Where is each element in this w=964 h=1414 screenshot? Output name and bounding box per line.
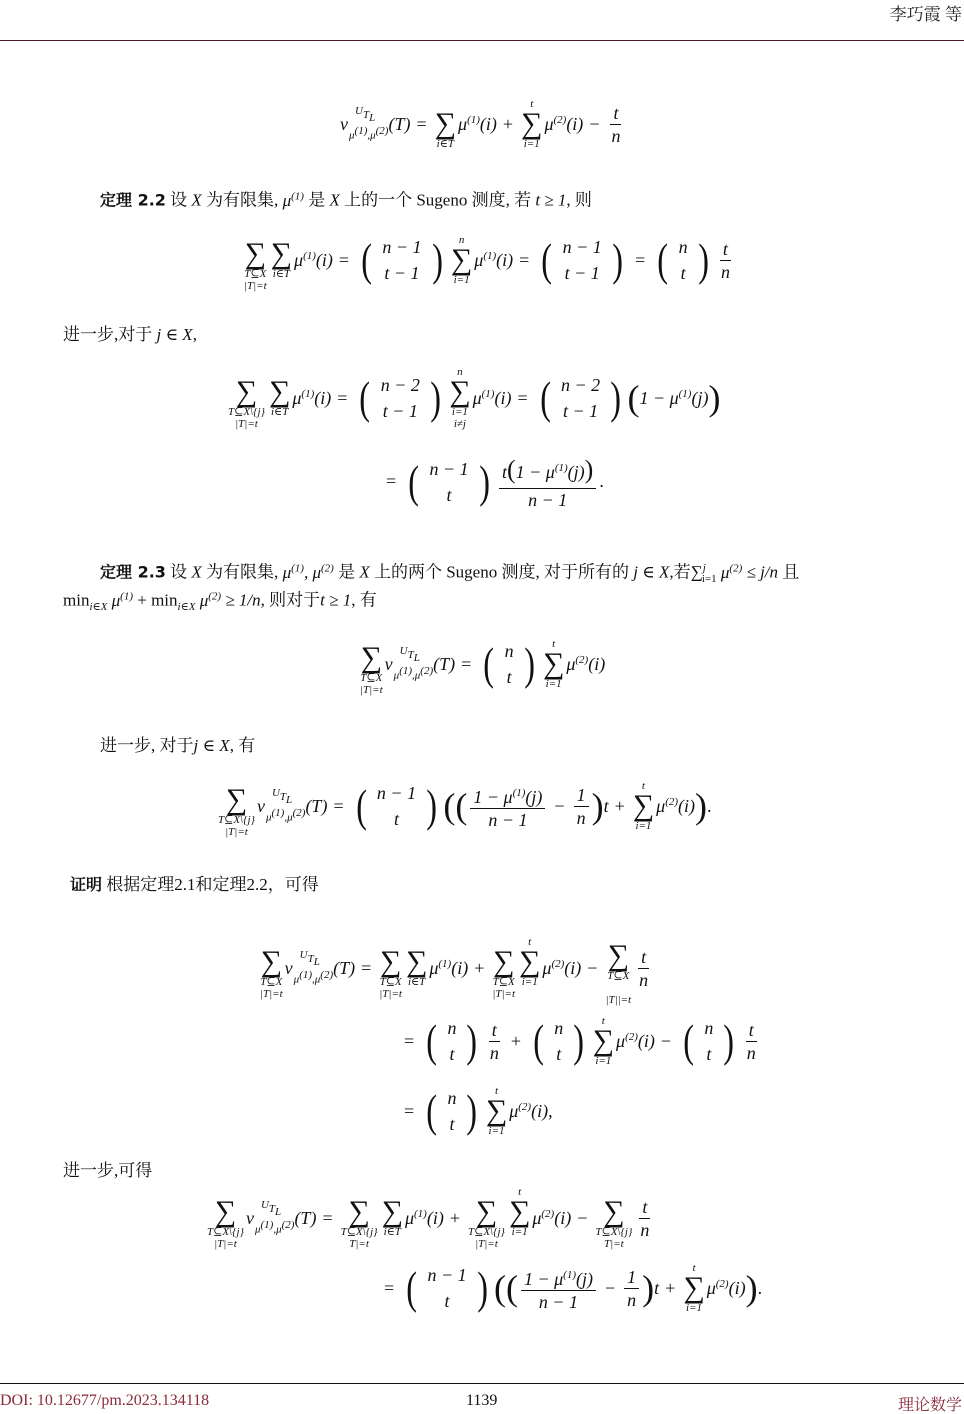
footer-doi-link[interactable]: DOI: 10.12677/pm.2023.134118 (0, 1392, 209, 1410)
running-header-author: 李巧霞 等 (890, 0, 962, 25)
footer-journal-link[interactable]: 理论数学 (898, 1392, 962, 1414)
further-step-text-1: 进一步,对于 j ∈ X, (63, 322, 197, 348)
equation-proof-step-3: = (nt) t∑i=1 μ(2)(i), (398, 1085, 553, 1137)
theorem-2-2-statement: 定理 2.2 设 X 为有限集, μ(1) 是 X 上的一个 Sugeno 测度… (100, 183, 592, 214)
equation-proof-step-1: ∑T⊆X|T|=t vUTLμ(1),μ(2) (T)= ∑T⊆X|T|=t ∑… (258, 930, 654, 1006)
equation-proof-step-4: ∑T⊆X\{j}|T|=t vUTLμ(1),μ(2) (T)= ∑T⊆X\{j… (205, 1186, 655, 1250)
further-step-text-2: 进一步, 对于j ∈ X, 有 (100, 733, 255, 759)
theorem-2-2-label: 定理 2.2 (100, 191, 166, 210)
proof-label: 证明 (70, 875, 102, 894)
equation-proof-step-2: = (nt) tn+ (nt) t∑i=1 μ(2)(i)− (nt) tn (398, 1015, 762, 1067)
equation-valuation-definition: vUTLμ(1),μ(2) (T)= ∑i∈T μ(1)(i)+ t∑i=1 μ… (340, 98, 626, 150)
equation-theorem-2-2-result: = (n − 1t) t(1 − μ(1)(j))n − 1. (380, 452, 604, 511)
header-rule (0, 40, 964, 41)
footer-rule (0, 1383, 964, 1384)
theorem-2-3-statement-line-2: mini∈X μ(1) + mini∈X μ(2) ≥ 1/n, 则对于t ≥ … (63, 583, 377, 620)
proof-intro: 证明 根据定理2.1和定理2.2，可得 (70, 872, 319, 898)
theorem-2-3-label: 定理 2.3 (100, 563, 166, 582)
equation-theorem-2-3-sum: ∑T⊆X|T|=t vUTLμ(1),μ(2) (T)= (nt) t∑i=1 … (358, 632, 605, 696)
equation-theorem-2-3-excluding-j: ∑T⊆X\{j}|T|=t vUTLμ(1),μ(2) (T)= (n − 1t… (216, 774, 712, 838)
equation-theorem-2-2-sum: ∑T⊆X|T|=t ∑i∈T μ(1)(i)= (n − 1t − 1) n∑i… (242, 228, 736, 292)
equation-theorem-2-2-excluding-j: ∑T⊆X\{j}|T|=t ∑i∈T μ(1)(i)= (n − 2t − 1)… (226, 366, 720, 430)
footer-page-number: 1139 (466, 1392, 497, 1410)
equation-proof-step-5: = (n − 1t) (( 1 − μ(1)(j)n − 1 − 1n )t+ … (378, 1262, 762, 1314)
further-step-text-3: 进一步,可得 (63, 1158, 152, 1184)
